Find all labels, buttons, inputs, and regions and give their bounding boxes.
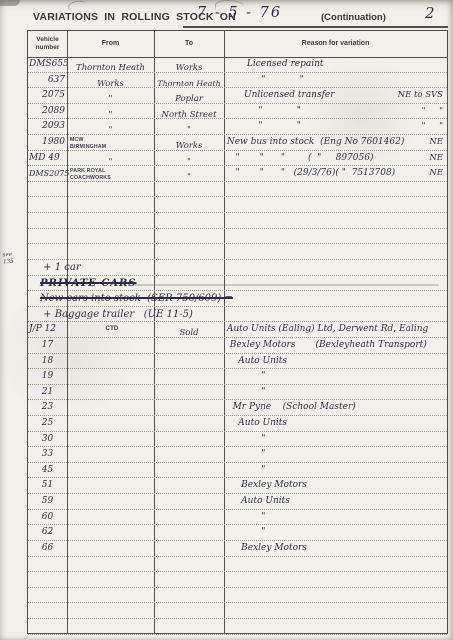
- from-cell: ": [67, 104, 154, 119]
- scanned-page: VARIATIONS IN ROLLING STOCK ON 7 - 5 - 7…: [0, 0, 453, 640]
- from-value: ": [109, 125, 113, 135]
- scan-artifact: [0, 0, 20, 6]
- to-cell: ": [154, 119, 224, 134]
- vehicle-number: 2075: [28, 88, 67, 103]
- from-cell: [67, 400, 154, 415]
- to-cell: [154, 478, 224, 493]
- from-cell: ": [67, 119, 154, 134]
- from-cell: [67, 416, 154, 431]
- reason-cell: " " " (29/3/76)( " 7513708)NE: [224, 166, 447, 181]
- vehicle-number: 2089: [28, 104, 67, 119]
- to-cell: [154, 447, 224, 462]
- table-row: J/P 12CTDSold Auto Units (Ealing) Ltd, D…: [28, 322, 447, 338]
- reason-value: " " " ( " 897056): [224, 151, 447, 166]
- vehicle-cell: DMS2075: [28, 166, 67, 181]
- ink-smudge: [133, 284, 439, 287]
- vehicle-cell: 33: [28, 447, 67, 462]
- table-body: DMS655Thornton HeathWorks Licensed repai…: [28, 57, 447, 635]
- table-row: 2075"Poplar Unlicensed transferNE to SVS: [28, 88, 447, 104]
- reason-value: ": [224, 510, 447, 525]
- vehicle-number: 21: [28, 385, 67, 400]
- to-value: ": [187, 125, 191, 135]
- reason-cell: " "" ": [224, 119, 447, 134]
- from-cell: Thornton Heath: [67, 57, 154, 72]
- marginal-note: see 135: [3, 252, 14, 267]
- to-cell: ": [154, 151, 224, 166]
- from-cell: [67, 510, 154, 525]
- vehicle-number: 59: [28, 494, 67, 509]
- vehicle-number: 17: [28, 338, 67, 353]
- vehicle-cell: MD 49: [28, 151, 67, 166]
- table-row: 59 Auto Units: [28, 494, 447, 510]
- from-cell: [67, 354, 154, 369]
- table-row: [28, 619, 447, 635]
- from-cell: ": [67, 151, 154, 166]
- to-value: Works: [176, 141, 203, 151]
- reason-value: ": [224, 463, 447, 478]
- table-row: 17 Bexley Motors (Bexleyheath Transport): [28, 338, 447, 354]
- header-vehicle-number: Vehicle number: [28, 31, 67, 57]
- vehicle-number: 637: [28, 73, 67, 88]
- table-row: PRIVATE CARS: [28, 276, 447, 292]
- reason-cell: " ": [224, 73, 447, 88]
- reason-right-note: NE: [429, 151, 443, 166]
- from-cell: [67, 478, 154, 493]
- reason-value: " ": [224, 119, 447, 134]
- vehicle-cell: 18: [28, 354, 67, 369]
- vehicle-number: 2093: [28, 119, 67, 134]
- reason-cell: " "" ": [224, 104, 447, 119]
- from-value: CTD: [67, 322, 154, 334]
- from-cell: [67, 541, 154, 556]
- vehicle-number: J/P 12: [28, 322, 67, 337]
- vehicle-number: 1980: [28, 135, 67, 150]
- reason-cell: ": [224, 447, 447, 462]
- table-row: DMS655Thornton HeathWorks Licensed repai…: [28, 57, 447, 73]
- from-value: Thornton Heath: [76, 63, 145, 73]
- reason-cell: Bexley Motors: [224, 541, 447, 556]
- from-cell: [67, 432, 154, 447]
- rolling-stock-table: Vehicle number From To Reason for variat…: [27, 30, 448, 634]
- reason-cell: New bus into stock (Eng No 7601462)NE: [224, 135, 447, 150]
- reason-cell: ": [224, 385, 447, 400]
- from-value: PARK ROYAL COACHWORKS: [67, 166, 154, 181]
- to-cell: [154, 369, 224, 384]
- vehicle-cell: 62: [28, 525, 67, 540]
- reason-cell: ": [224, 369, 447, 384]
- reason-cell: Auto Units: [224, 494, 447, 509]
- table-row: [28, 572, 447, 588]
- from-cell: [67, 369, 154, 384]
- vehicle-cell: 59: [28, 494, 67, 509]
- from-value: ": [109, 94, 113, 104]
- table-row: 33 ": [28, 447, 447, 463]
- vehicle-number: MD 49: [28, 151, 67, 166]
- table-row: 2089"North Street " "" ": [28, 104, 447, 120]
- header-vehicle-line2: number: [36, 44, 60, 52]
- vehicle-cell: 1980: [28, 135, 67, 150]
- reason-value: ": [224, 432, 447, 447]
- from-cell: PARK ROYAL COACHWORKS: [67, 166, 154, 181]
- reason-value: Auto Units: [224, 354, 447, 369]
- to-value: ": [187, 157, 191, 167]
- to-cell: [154, 385, 224, 400]
- reason-value: Mr Pyne (School Master): [224, 400, 447, 415]
- vehicle-cell: 637: [28, 73, 67, 88]
- vehicle-cell: 21: [28, 385, 67, 400]
- from-value: MCW BIRMINGHAM: [67, 135, 154, 150]
- vehicle-number: 60: [28, 510, 67, 525]
- reason-value: ": [224, 447, 447, 462]
- reason-right-note: " ": [422, 119, 443, 134]
- table-row: [28, 603, 447, 619]
- reason-value: Auto Units (Ealing) Ltd, Derwent Rd, Eal…: [224, 322, 447, 337]
- table-row: [28, 229, 447, 245]
- table-row: 60 ": [28, 510, 447, 526]
- reason-value: Auto Units: [224, 494, 447, 509]
- spanning-entry: + Baggage trailer (UE 11-5): [40, 307, 193, 322]
- reason-cell: " " " ( " 897056)NE: [224, 151, 447, 166]
- header-vehicle-line1: Vehicle: [36, 36, 58, 44]
- to-cell: [154, 354, 224, 369]
- to-cell: [154, 494, 224, 509]
- table-row: 19 ": [28, 369, 447, 385]
- table-row: + Baggage trailer (UE 11-5): [28, 307, 447, 323]
- reason-cell: Licensed repaint: [224, 57, 447, 72]
- reason-cell: ": [224, 510, 447, 525]
- to-cell: Poplar: [154, 88, 224, 103]
- table-row: New cars into stock (SER 750/609) =: [28, 291, 447, 307]
- to-value: Sold: [179, 328, 198, 338]
- from-cell: Works: [67, 73, 154, 88]
- reason-value: ": [224, 385, 447, 400]
- to-cell: Sold: [154, 322, 224, 337]
- from-value: ": [109, 110, 113, 120]
- vehicle-number: 66: [28, 541, 67, 556]
- to-value: ": [187, 172, 191, 182]
- to-value: Poplar: [175, 94, 203, 104]
- to-value: Thornton Heath: [157, 79, 220, 88]
- table-row: 62 ": [28, 525, 447, 541]
- vehicle-cell: 2075: [28, 88, 67, 103]
- reason-cell: Auto Units: [224, 416, 447, 431]
- vehicle-number: 51: [28, 478, 67, 493]
- reason-value: Bexley Motors: [224, 541, 447, 556]
- reason-right-note: " ": [422, 104, 443, 119]
- header-from: From: [67, 31, 154, 57]
- from-cell: MCW BIRMINGHAM: [67, 135, 154, 150]
- to-cell: [154, 541, 224, 556]
- reason-cell: Auto Units (Ealing) Ltd, Derwent Rd, Eal…: [224, 322, 447, 337]
- struck-through-entry: PRIVATE CARS: [40, 276, 137, 291]
- table-header-row: Vehicle number From To Reason for variat…: [28, 31, 447, 57]
- spanning-entry: + 1 car: [40, 260, 81, 275]
- reason-value: Bexley Motors: [224, 478, 447, 493]
- reason-right-note: NE to SVS: [398, 88, 443, 103]
- reason-right-note: NE: [429, 166, 443, 181]
- scan-artifact: [68, 0, 86, 10]
- table-row: 2093"" " "" ": [28, 119, 447, 135]
- from-cell: [67, 447, 154, 462]
- reason-value: Bexley Motors (Bexleyheath Transport): [224, 338, 447, 353]
- page-number: 2: [425, 4, 435, 22]
- vehicle-number: 45: [28, 463, 67, 478]
- table-row: 51 Bexley Motors: [28, 478, 447, 494]
- marginal-note-line2: 135: [3, 259, 14, 267]
- from-cell: [67, 463, 154, 478]
- reason-cell: Bexley Motors (Bexleyheath Transport): [224, 338, 447, 353]
- to-cell: [154, 400, 224, 415]
- reason-value: New bus into stock (Eng No 7601462): [224, 135, 447, 150]
- from-cell: CTD: [67, 322, 154, 337]
- to-cell: [154, 525, 224, 540]
- reason-value: ": [224, 525, 447, 540]
- reason-value: Auto Units: [224, 416, 447, 431]
- vehicle-number: 19: [28, 369, 67, 384]
- vehicle-number: 33: [28, 447, 67, 462]
- title-underline: [183, 26, 448, 28]
- reason-cell: ": [224, 525, 447, 540]
- to-cell: ": [154, 166, 224, 181]
- table-row: 66 Bexley Motors: [28, 541, 447, 557]
- header-reason: Reason for variation: [224, 31, 447, 57]
- vehicle-cell: 2093: [28, 119, 67, 134]
- table-row: 25 Auto Units: [28, 416, 447, 432]
- header-to: To: [154, 31, 224, 57]
- table-row: [28, 182, 447, 198]
- table-row: MD 49"" " " " ( " 897056)NE: [28, 151, 447, 167]
- to-cell: [154, 510, 224, 525]
- vehicle-cell: DMS655: [28, 57, 67, 72]
- from-value: Works: [97, 79, 124, 89]
- vehicle-number: 62: [28, 525, 67, 540]
- vehicle-cell: 19: [28, 369, 67, 384]
- reason-value: " " " (29/3/76)( " 7513708): [224, 166, 447, 181]
- table-row: + 1 car: [28, 260, 447, 276]
- to-cell: [154, 432, 224, 447]
- reason-cell: Bexley Motors: [224, 478, 447, 493]
- table-row: 30 ": [28, 432, 447, 448]
- vehicle-cell: 51: [28, 478, 67, 493]
- vehicle-cell: 66: [28, 541, 67, 556]
- vehicle-number: DMS2075: [28, 166, 67, 181]
- vehicle-number: 30: [28, 432, 67, 447]
- vehicle-number: DMS655: [28, 57, 67, 72]
- from-value: ": [109, 157, 113, 167]
- from-cell: [67, 338, 154, 353]
- reason-cell: Unlicensed transferNE to SVS: [224, 88, 447, 103]
- from-cell: [67, 385, 154, 400]
- vehicle-number: 23: [28, 400, 67, 415]
- struck-through-entry: New cars into stock (SER 750/609) =: [40, 291, 233, 306]
- vehicle-cell: 25: [28, 416, 67, 431]
- vehicle-cell: 17: [28, 338, 67, 353]
- reason-cell: ": [224, 432, 447, 447]
- continuation-label: (Continuation): [321, 12, 386, 23]
- to-cell: North Street: [154, 104, 224, 119]
- from-cell: [67, 525, 154, 540]
- reason-cell: Auto Units: [224, 354, 447, 369]
- reason-value: " ": [224, 104, 447, 119]
- to-cell: Thornton Heath: [154, 73, 224, 88]
- table-row: 21 ": [28, 385, 447, 401]
- vehicle-cell: J/P 12: [28, 322, 67, 337]
- vehicle-cell: 30: [28, 432, 67, 447]
- table-row: [28, 588, 447, 604]
- table-row: [28, 213, 447, 229]
- table-row: 1980MCW BIRMINGHAMWorks New bus into sto…: [28, 135, 447, 151]
- to-cell: [154, 416, 224, 431]
- handwritten-date: 7 - 5 - 76: [197, 5, 282, 21]
- table-row: DMS2075PARK ROYAL COACHWORKS" " " " (29/…: [28, 166, 447, 182]
- to-value: Works: [176, 63, 203, 73]
- to-cell: [154, 463, 224, 478]
- reason-value: Licensed repaint: [224, 57, 447, 72]
- table-row: 23 Mr Pyne (School Master): [28, 400, 447, 416]
- vehicle-number: 18: [28, 354, 67, 369]
- reason-right-note: NE: [429, 135, 443, 150]
- to-cell: Works: [154, 57, 224, 72]
- from-cell: ": [67, 88, 154, 103]
- reason-value: ": [224, 369, 447, 384]
- table-row: 45 ": [28, 463, 447, 479]
- to-value: North Street: [162, 110, 217, 120]
- vehicle-cell: 45: [28, 463, 67, 478]
- reason-cell: ": [224, 463, 447, 478]
- table-row: [28, 197, 447, 213]
- vehicle-cell: 2089: [28, 104, 67, 119]
- reason-value: " ": [224, 73, 447, 88]
- table-row: [28, 557, 447, 573]
- vehicle-cell: 60: [28, 510, 67, 525]
- table-row: [28, 244, 447, 260]
- vehicle-number: 25: [28, 416, 67, 431]
- table-row: 18 Auto Units: [28, 354, 447, 370]
- vehicle-cell: 23: [28, 400, 67, 415]
- to-cell: [154, 338, 224, 353]
- to-cell: Works: [154, 135, 224, 150]
- table-row: 637WorksThornton Heath " ": [28, 73, 447, 89]
- reason-cell: Mr Pyne (School Master): [224, 400, 447, 415]
- from-cell: [67, 494, 154, 509]
